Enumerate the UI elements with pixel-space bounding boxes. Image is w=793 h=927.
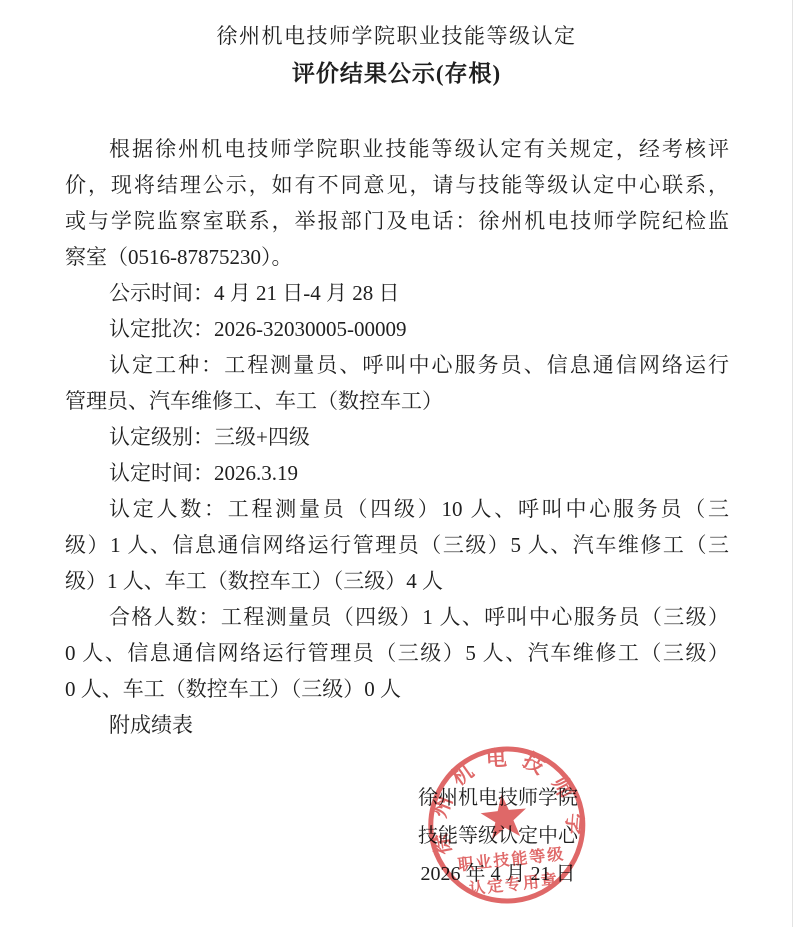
signature-date: 2026 年 4 月 21 日 [386,855,610,893]
signature-org-line1: 徐州机电技师学院 [386,779,610,817]
document-page: 徐州机电技师学院职业技能等级认定 评价结果公示(存根) 根据徐州机电技师学院职业… [0,0,793,927]
body-line-batch-number: 认定批次：2026-32030005-00009 [65,311,729,347]
body-line: 0 人、信息通信网络运行管理员（三级）5 人、汽车维修工（三级） [65,635,729,671]
body-line: 管理员、汽车维修工、车工（数控车工） [65,383,729,419]
body-line-passed: 合格人数：工程测量员（四级）1 人、呼叫中心服务员（三级） [65,599,729,635]
signature-org-line2: 技能等级认定中心 [386,817,610,855]
body-line-level: 认定级别：三级+四级 [65,419,729,455]
body-line: 级）1 人、信息通信网络运行管理员（三级）5 人、汽车维修工（三 [65,527,729,563]
body-line-occupations: 认定工种：工程测量员、呼叫中心服务员、信息通信网络运行 [65,347,729,383]
body-line: 价，现将结理公示，如有不同意见，请与技能等级认定中心联系， [65,167,729,203]
body-line-date: 认定时间：2026.3.19 [65,455,729,491]
body-line: 或与学院监察室联系，举报部门及电话：徐州机电技师学院纪检监 [65,203,729,239]
document-body: 根据徐州机电技师学院职业技能等级认定有关规定，经考核评 价，现将结理公示，如有不… [65,131,729,743]
body-line-candidates: 认定人数：工程测量员（四级）10 人、呼叫中心服务员（三 [65,491,729,527]
body-line-attachment-note: 附成绩表 [65,707,729,743]
body-line: 根据徐州机电技师学院职业技能等级认定有关规定，经考核评 [65,131,729,167]
body-line: 级）1 人、车工（数控车工）（三级）4 人 [65,563,729,599]
body-line-publicity-period: 公示时间：4 月 21 日-4 月 28 日 [65,275,729,311]
body-line: 0 人、车工（数控车工）（三级）0 人 [65,671,729,707]
document-title-line2: 评价结果公示(存根) [0,55,793,88]
body-line: 察室（0516-87875230）。 [65,239,729,275]
signature-block: 徐州机电技师学院 技能等级认定中心 2026 年 4 月 21 日 [386,779,610,893]
document-title-line1: 徐州机电技师学院职业技能等级认定 [0,20,793,50]
